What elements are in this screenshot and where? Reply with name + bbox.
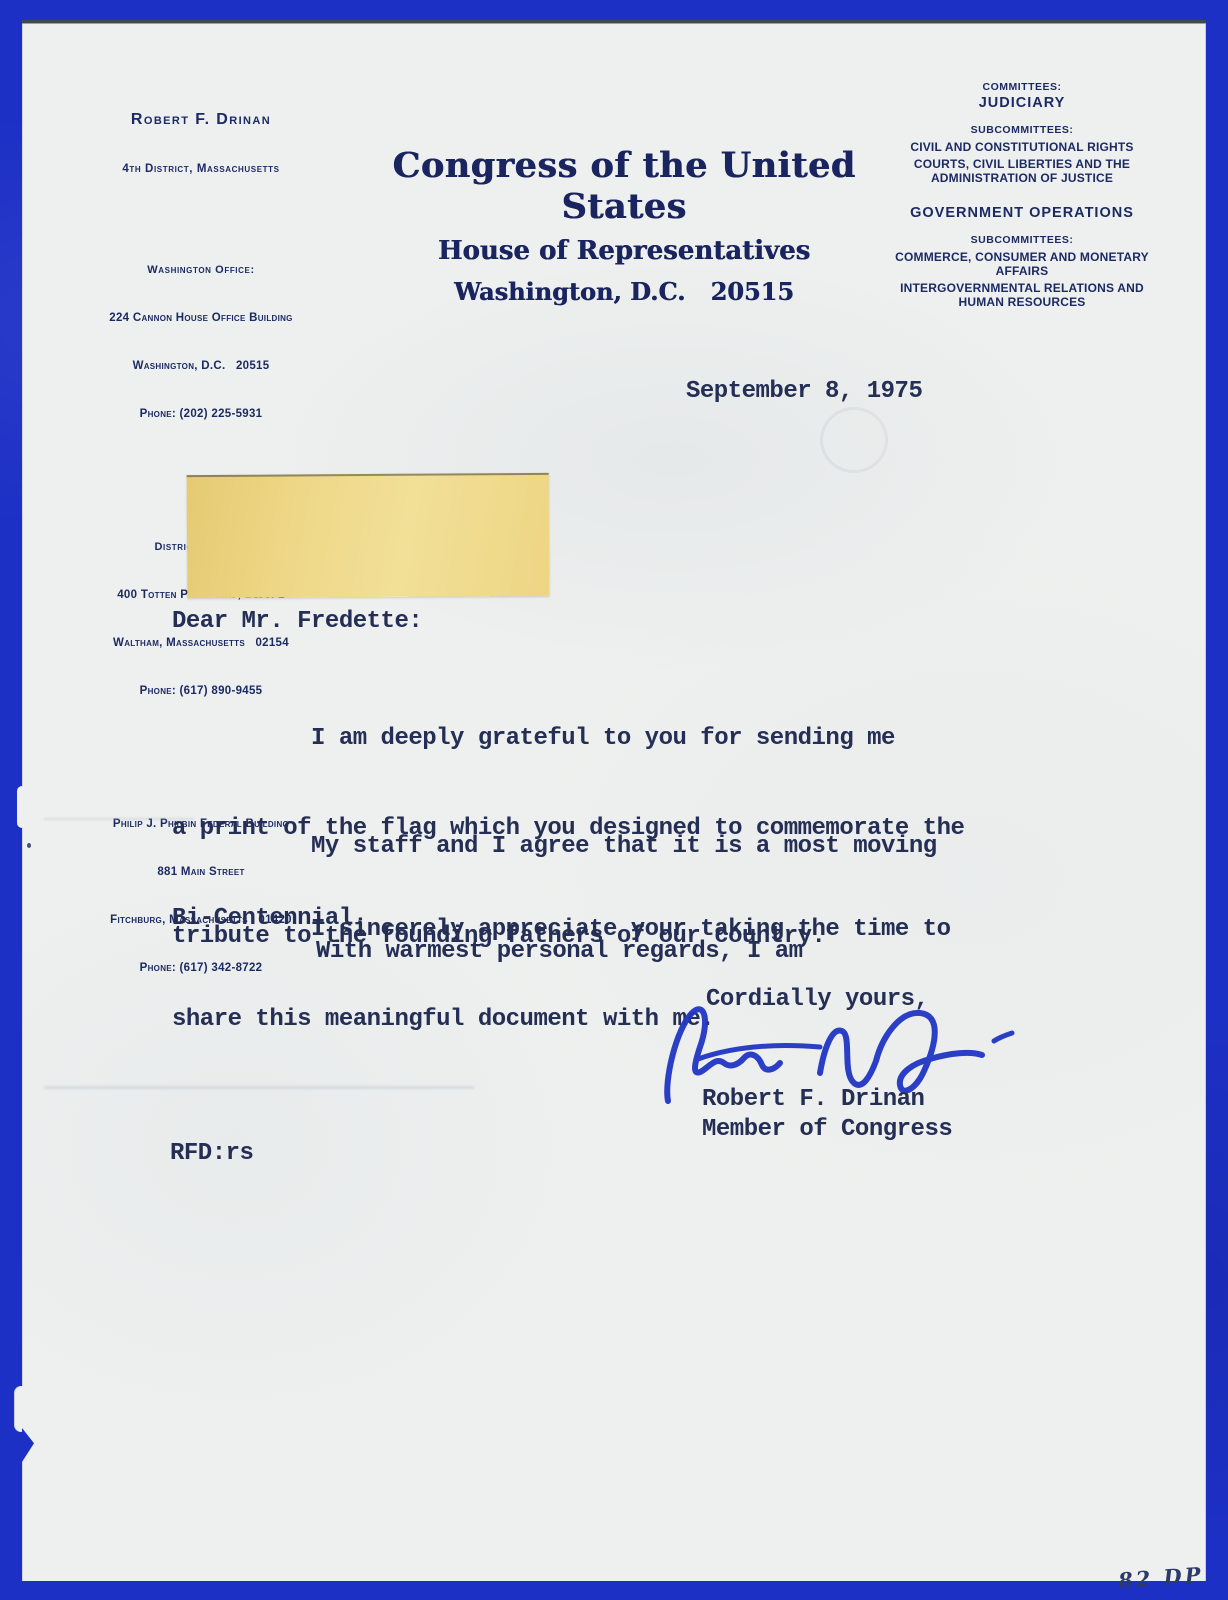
member-name: Robert F. Drinan: [76, 111, 326, 129]
signed-name: Robert F. Drinan: [702, 1085, 924, 1115]
signed-title: Member of Congress: [702, 1115, 952, 1145]
reference-initials: RFD:rs: [170, 1139, 253, 1169]
faint-emboss-ring: [820, 407, 888, 473]
committee-government-operations: GOVERNMENT OPERATIONS: [864, 207, 1180, 220]
committees-label: COMMITTEES:: [864, 81, 1180, 94]
masthead-congress-title: Congress of the United States: [352, 145, 896, 227]
letterhead-committees-block: COMMITTEES: JUDICIARY SUBCOMMITTEES: CIV…: [864, 81, 1180, 309]
paper-crease: [44, 1086, 474, 1089]
district-office-address2: Waltham, Massachusetts 02154: [76, 635, 326, 651]
washington-office-block: Washington Office: 224 Cannon House Offi…: [76, 230, 326, 454]
subcommittees-label-2: SUBCOMMITTEES:: [864, 234, 1180, 247]
paper-edge-bump: [14, 1386, 28, 1432]
letter-page: Robert F. Drinan 4th District, Massachus…: [22, 20, 1206, 1581]
paragraph-1-line-1: I am deeply grateful to you for sending …: [172, 724, 964, 754]
masthead-city-line: Washington, D.C. 20515: [352, 277, 896, 306]
subcommittee-courts: COURTS, CIVIL LIBERTIES AND THE ADMINIST…: [898, 157, 1146, 185]
date-line: September 8, 1975: [686, 377, 922, 407]
salutation: Dear Mr. Fredette:: [172, 607, 422, 637]
redaction-sticker: [187, 473, 550, 598]
washington-office-phone: Phone: (202) 225-5931: [76, 406, 326, 422]
masthead-house-title: House of Representatives: [352, 236, 896, 266]
washington-office-label: Washington Office:: [76, 262, 326, 278]
washington-office-address2: Washington, D.C. 20515: [76, 358, 326, 374]
letterhead-masthead: Congress of the United States House of R…: [352, 145, 896, 306]
washington-office-address1: 224 Cannon House Office Building: [76, 310, 326, 326]
ink-fleck: [27, 843, 31, 848]
regards-line: With warmest personal regards, I am: [316, 937, 803, 967]
subcommittee-commerce: COMMERCE, CONSUMER AND MONETARY AFFAIRS: [884, 250, 1160, 278]
subcommittee-intergovernmental: INTERGOVERNMENTAL RELATIONS AND HUMAN RE…: [888, 281, 1156, 309]
subcommittees-label-1: SUBCOMMITTEES:: [864, 124, 1180, 137]
subcommittee-civil-rights: CIVIL AND CONSTITUTIONAL RIGHTS: [864, 140, 1180, 154]
paper-edge-bump: [17, 786, 27, 828]
member-district: 4th District, Massachusetts: [76, 161, 326, 177]
committee-judiciary: JUDICIARY: [864, 97, 1180, 110]
paper-crease: [44, 818, 194, 820]
